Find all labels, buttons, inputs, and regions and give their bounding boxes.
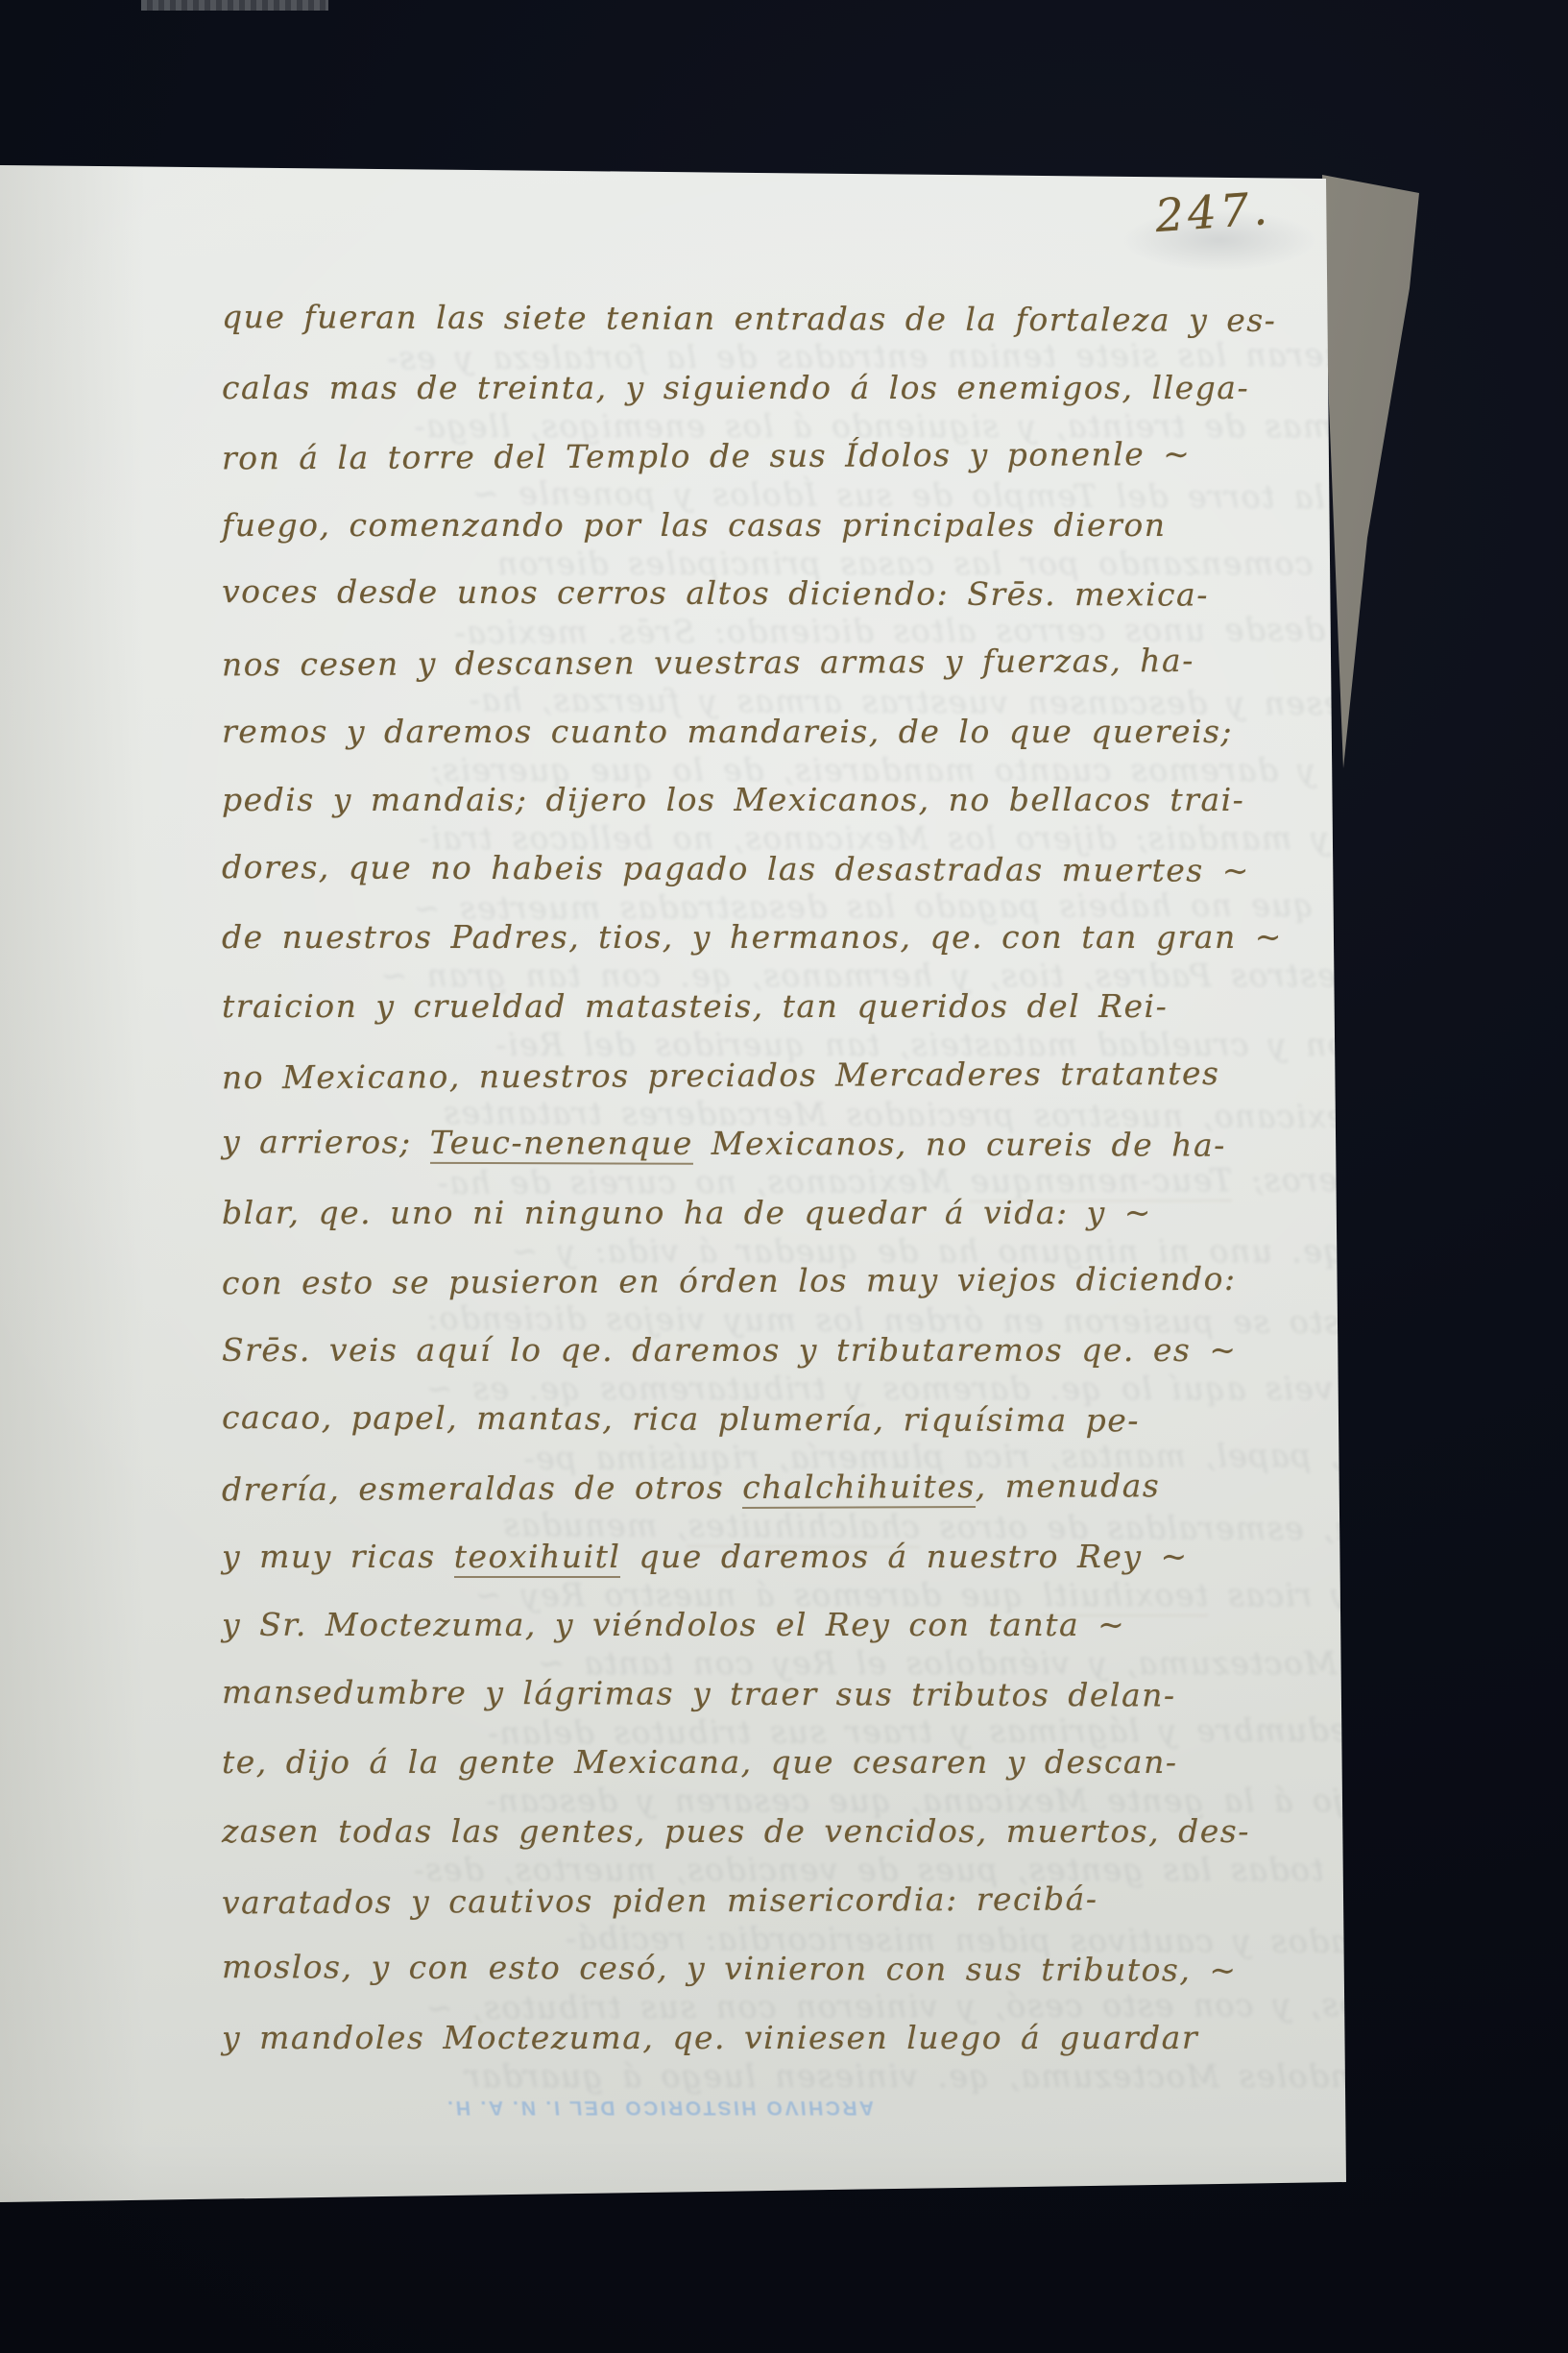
underlined-term: Teuc-nenenque: [430, 1124, 693, 1165]
manuscript-line: remos y daremos cuanto mandareis, de lo …: [222, 713, 1283, 782]
manuscript-line: mansedumbre y lágrimas y traer sus tribu…: [222, 1673, 1283, 1745]
manuscript-line: y Sr. Moctezuma, y viéndolos el Rey con …: [222, 1606, 1283, 1675]
underlined-term: teoxihuitl: [454, 1538, 621, 1578]
manuscript-line: cacao, papel, mantas, rica plumería, riq…: [222, 1398, 1283, 1470]
manuscript-line: blar, qe. uno ni ninguno ha de quedar á …: [222, 1194, 1283, 1263]
manuscript-line: traicion y crueldad matasteis, tan queri…: [222, 987, 1283, 1056]
manuscript-line: drería, esmeraldas de otros chalchihuite…: [222, 1467, 1283, 1540]
manuscript-line: voces desde unos cerros altos diciendo: …: [222, 572, 1283, 644]
manuscript-line: te, dijo á la gente Mexicana, que cesare…: [222, 1743, 1283, 1812]
manuscript-line: y mandoles Moctezuma, qe. viniesen luego…: [222, 2019, 1283, 2088]
manuscript-line: no Mexicano, nuestros preciados Mercader…: [222, 1054, 1283, 1127]
binding-edge-strip: [141, 0, 328, 11]
underlined-term: chalchihuites: [742, 1468, 976, 1509]
manuscript-line: dores, que no habeis pagado las desastra…: [222, 848, 1283, 920]
manuscript-text: que fueran las siete tenian entradas de …: [222, 300, 1283, 2087]
manuscript-line: y arrieros; Teuc-nenenque Mexicanos, no …: [222, 1123, 1283, 1195]
archive-stamp: ARCHIVO HISTORICO DEL I. N. A. H.: [429, 2096, 890, 2119]
manuscript-line: y muy ricas teoxihuitl que daremos á nue…: [222, 1538, 1283, 1607]
manuscript-line: de nuestros Padres, tios, y hermanos, qe…: [222, 918, 1283, 987]
manuscript-line: con esto se pusieron en órden los muy vi…: [222, 1260, 1283, 1333]
manuscript-line: nos cesen y descansen vuestras armas y f…: [222, 642, 1283, 715]
manuscript-line: Srēs. veis aquí lo qe. daremos y tributa…: [222, 1331, 1283, 1400]
photo-backdrop: 247. que fueran las siete tenian entrada…: [0, 0, 1568, 2353]
manuscript-line: ron á la torre del Templo de sus Ídolos …: [222, 435, 1283, 508]
manuscript-line: que fueran las siete tenian entradas de …: [222, 298, 1283, 370]
manuscript-line: fuego, comenzando por las casas principa…: [222, 506, 1283, 575]
manuscript-line: zasen todas las gentes, pues de vencidos…: [222, 1812, 1283, 1881]
folio-number: 247.: [1153, 182, 1272, 243]
manuscript-line: varatados y cautivos piden misericordia:…: [222, 1879, 1283, 1952]
manuscript-line: moslos, y con esto cesó, y vinieron con …: [222, 1948, 1283, 2020]
manuscript-line: pedis y mandais; dijero los Mexicanos, n…: [222, 781, 1283, 850]
manuscript-line: calas mas de treinta, y siguiendo á los …: [222, 369, 1283, 438]
